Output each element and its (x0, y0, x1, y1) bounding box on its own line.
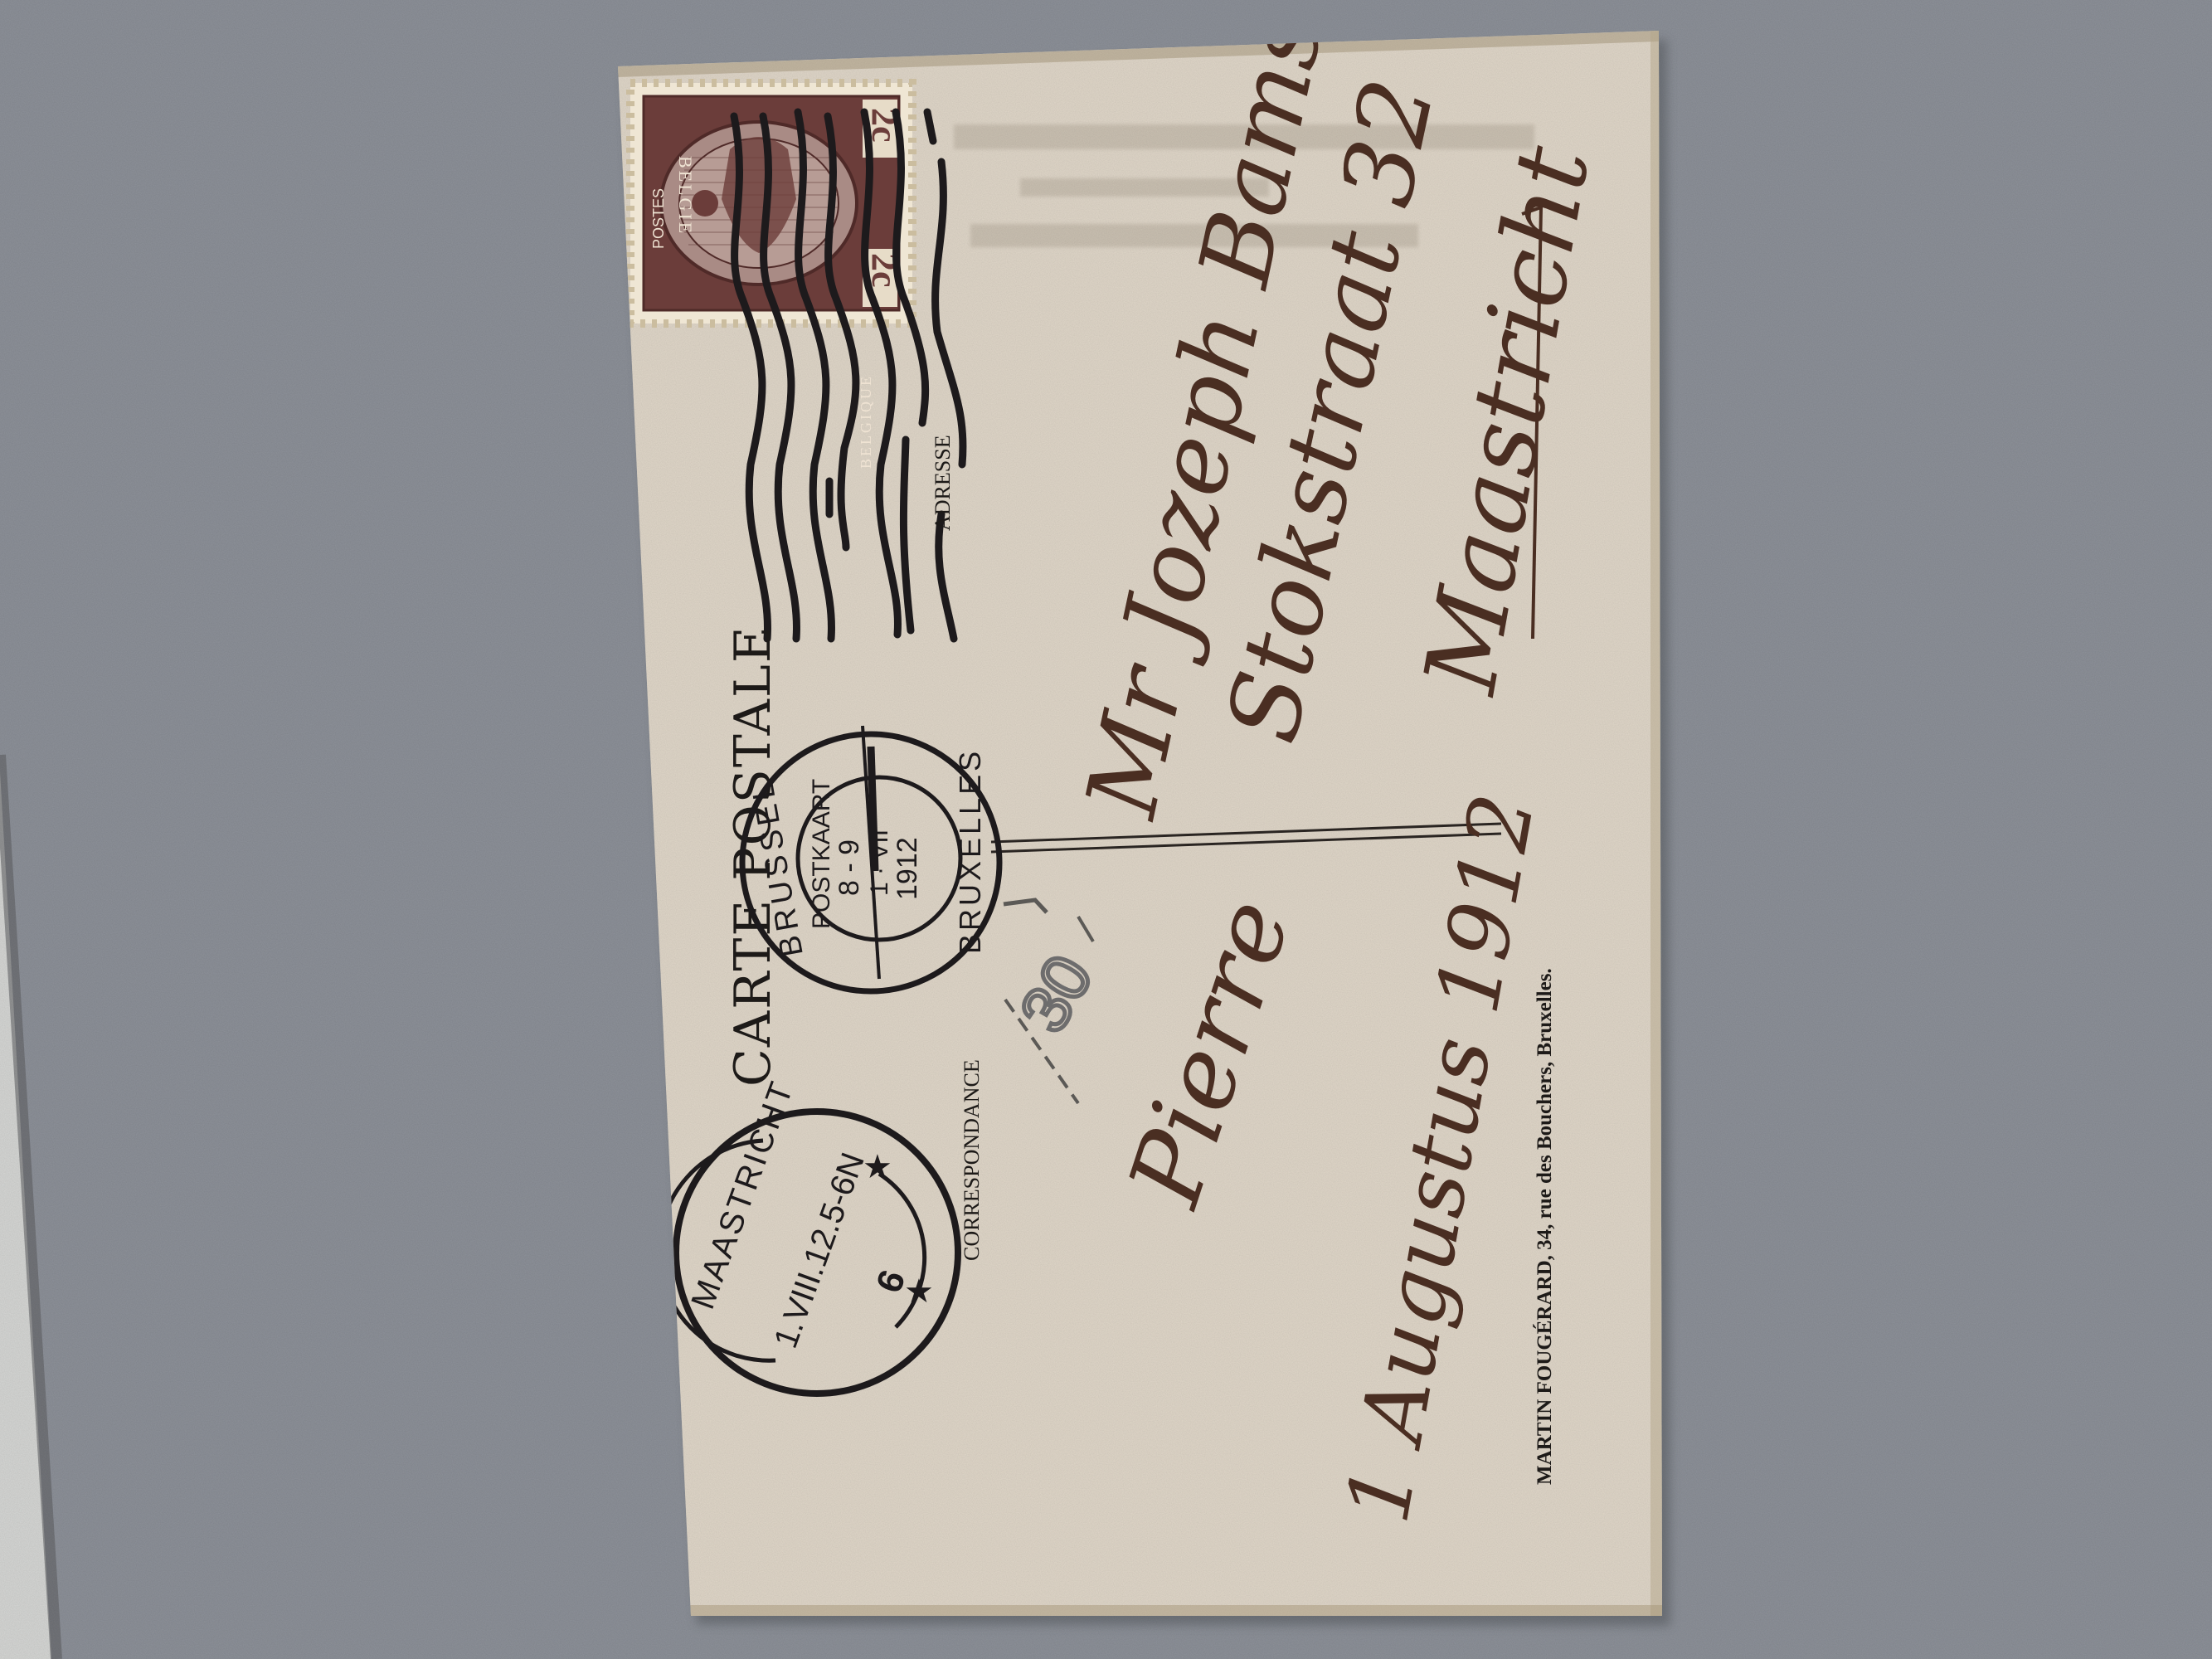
photo-scene: BELGIE POSTES BELGIQUE 2c 2c (0, 0, 2212, 1659)
stamp-country-bottom: BELGIQUE (858, 374, 874, 469)
stamp-side-label: POSTES (650, 188, 667, 249)
postcard: BELGIE POSTES BELGIQUE 2c 2c (581, 4, 1692, 1642)
brussels-postmark-time: 8 - 9 (834, 839, 865, 896)
brussels-postmark-inner: POSTKAART (808, 779, 835, 929)
brussels-postmark-date: 1 · VII (866, 829, 893, 896)
brussels-postmark-outer-bottom: BRUXELLES (953, 748, 987, 954)
address-label: ADRESSE (931, 435, 955, 531)
stamp-country-top: BELGIE (675, 156, 696, 236)
correspondence-label: CORRESPONDANCE (960, 1059, 984, 1261)
brussels-postmark-year: 1912 (892, 837, 923, 900)
publisher-imprint: MARTIN FOUGÉRARD, 34, rue des Bouchers, … (1533, 968, 1556, 1485)
